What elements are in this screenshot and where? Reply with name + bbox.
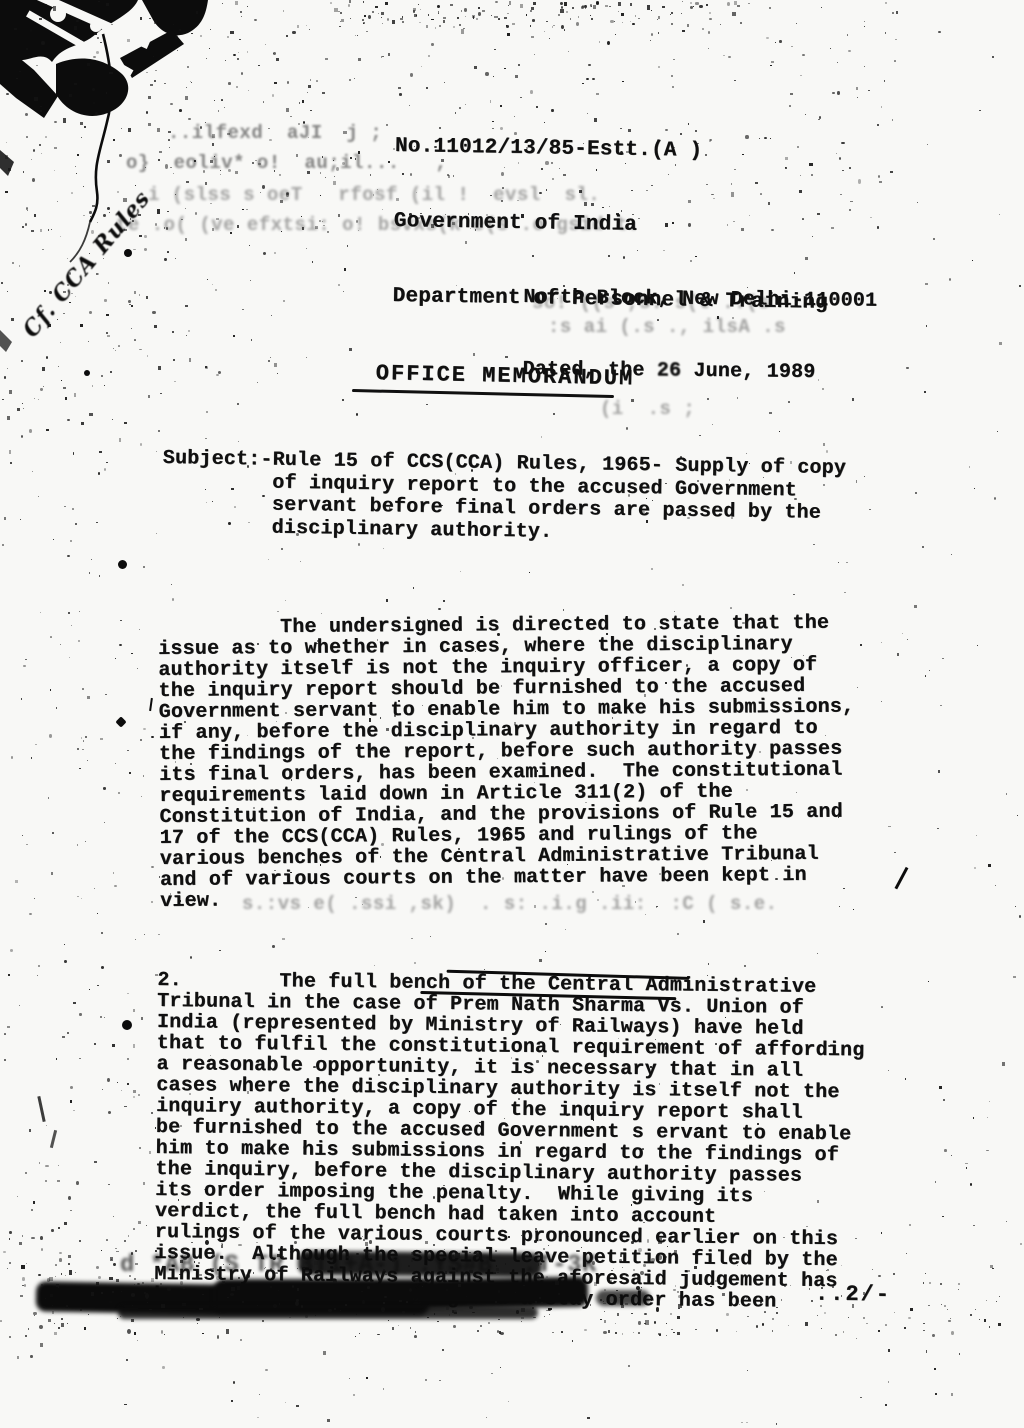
continuation-marker: ..2/- xyxy=(815,1284,891,1306)
date-day: 26 xyxy=(657,359,682,382)
smudge-band xyxy=(596,1290,650,1306)
ghost-text-line: ..ilfexd aJI j ; xyxy=(168,122,382,144)
ink-dot xyxy=(115,716,126,727)
paragraph-1: The undersigned is directed to state tha… xyxy=(158,613,856,912)
ink-dot xyxy=(124,249,132,257)
paragraph-2: 2. The full bench of the Central Adminis… xyxy=(153,928,866,1397)
place-date-block: North Block, New Delhi-110001 Dated, the… xyxy=(522,238,878,434)
pen-tick xyxy=(50,1130,57,1148)
ink-dot xyxy=(84,370,90,376)
smudge-band xyxy=(416,1277,588,1310)
place-line: North Block, New Delhi-110001 xyxy=(523,286,877,314)
pen-slash xyxy=(895,867,908,889)
text-line: and of various courts on the matter have… xyxy=(160,865,856,891)
smudge-band xyxy=(118,1306,538,1319)
org-name: Government of India xyxy=(394,209,830,241)
ink-dot xyxy=(118,560,127,569)
scanned-memo-page: ..ilfexd aJI j ; o} eoliv* o! au;il... ,… xyxy=(0,0,1024,1428)
pen-tick xyxy=(37,1096,45,1122)
memo-title: OFFICE MEMORANDUM xyxy=(376,363,635,389)
ink-dot xyxy=(122,1020,132,1030)
subject-block: Subject:-Rule 15 of CCS(CCA) Rules, 1965… xyxy=(162,448,847,548)
smudge-band xyxy=(298,1251,542,1278)
pen-tick xyxy=(149,698,153,711)
reference-number: No.11012/13/85-Estt.(A ) xyxy=(395,134,831,166)
